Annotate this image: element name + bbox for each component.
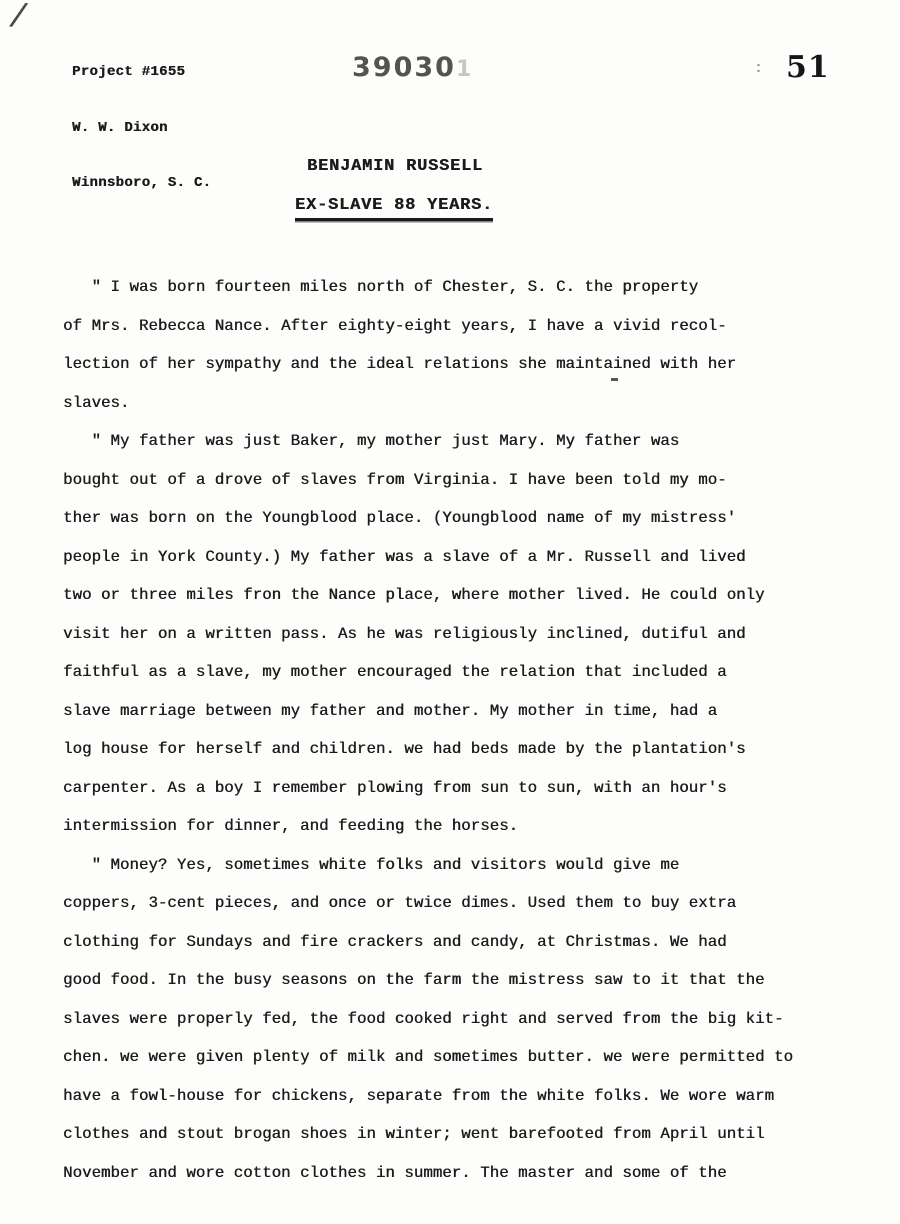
body-line: faithful as a slave, my mother encourage… bbox=[63, 653, 853, 692]
document-body: " I was born fourteen miles north of Che… bbox=[63, 268, 853, 1192]
body-line: visit her on a written pass. As he was r… bbox=[63, 615, 853, 654]
body-line: " Money? Yes, sometimes white folks and … bbox=[63, 846, 853, 885]
body-line: of Mrs. Rebecca Nance. After eighty-eigh… bbox=[63, 307, 853, 346]
serial-number-stamp: 390301 bbox=[352, 52, 473, 83]
body-line: two or three miles fron the Nance place,… bbox=[63, 576, 853, 615]
document-subtitle: EX-SLAVE 88 YEARS. bbox=[295, 196, 493, 221]
body-line: chen. we were given plenty of milk and s… bbox=[63, 1038, 853, 1077]
body-line: ther was born on the Youngblood place. (… bbox=[63, 499, 853, 538]
body-line: coppers, 3-cent pieces, and once or twic… bbox=[63, 884, 853, 923]
header-author-line: W. W. Dixon bbox=[72, 119, 211, 138]
body-line: intermission for dinner, and feeding the… bbox=[63, 807, 853, 846]
header-project-line: Project #1655 bbox=[72, 63, 211, 82]
document-header: Project #1655 W. W. Dixon Winnsboro, S. … bbox=[72, 26, 211, 230]
body-line: slaves were properly fed, the food cooke… bbox=[63, 1000, 853, 1039]
body-line: November and wore cotton clothes in summ… bbox=[63, 1154, 853, 1193]
body-line: clothing for Sundays and fire crackers a… bbox=[63, 923, 853, 962]
body-line: good food. In the busy seasons on the fa… bbox=[63, 961, 853, 1000]
body-line: lection of her sympathy and the ideal re… bbox=[63, 345, 853, 384]
document-title: BENJAMIN RUSSELL bbox=[307, 157, 483, 176]
corner-pencil-mark: / bbox=[6, 1, 30, 37]
body-line: people in York County.) My father was a … bbox=[63, 538, 853, 577]
body-line: " I was born fourteen miles north of Che… bbox=[63, 268, 853, 307]
header-location-line: Winnsboro, S. C. bbox=[72, 174, 211, 193]
body-line: log house for herself and children. we h… bbox=[63, 730, 853, 769]
page-marker: : bbox=[754, 60, 763, 77]
body-line: bought out of a drove of slaves from Vir… bbox=[63, 461, 853, 500]
stamp-faint-digit: 1 bbox=[456, 57, 473, 82]
stamp-digits: 39030 bbox=[352, 52, 456, 83]
body-line: clothes and stout brogan shoes in winter… bbox=[63, 1115, 853, 1154]
page-number: 51 bbox=[786, 50, 830, 85]
body-line: " My father was just Baker, my mother ju… bbox=[63, 422, 853, 461]
document-page: / Project #1655 W. W. Dixon Winnsboro, S… bbox=[0, 0, 900, 1224]
scan-noise-mark bbox=[611, 378, 618, 381]
body-line: slaves. bbox=[63, 384, 853, 423]
body-line: have a fowl-house for chickens, separate… bbox=[63, 1077, 853, 1116]
body-line: slave marriage between my father and mot… bbox=[63, 692, 853, 731]
body-line: carpenter. As a boy I remember plowing f… bbox=[63, 769, 853, 808]
